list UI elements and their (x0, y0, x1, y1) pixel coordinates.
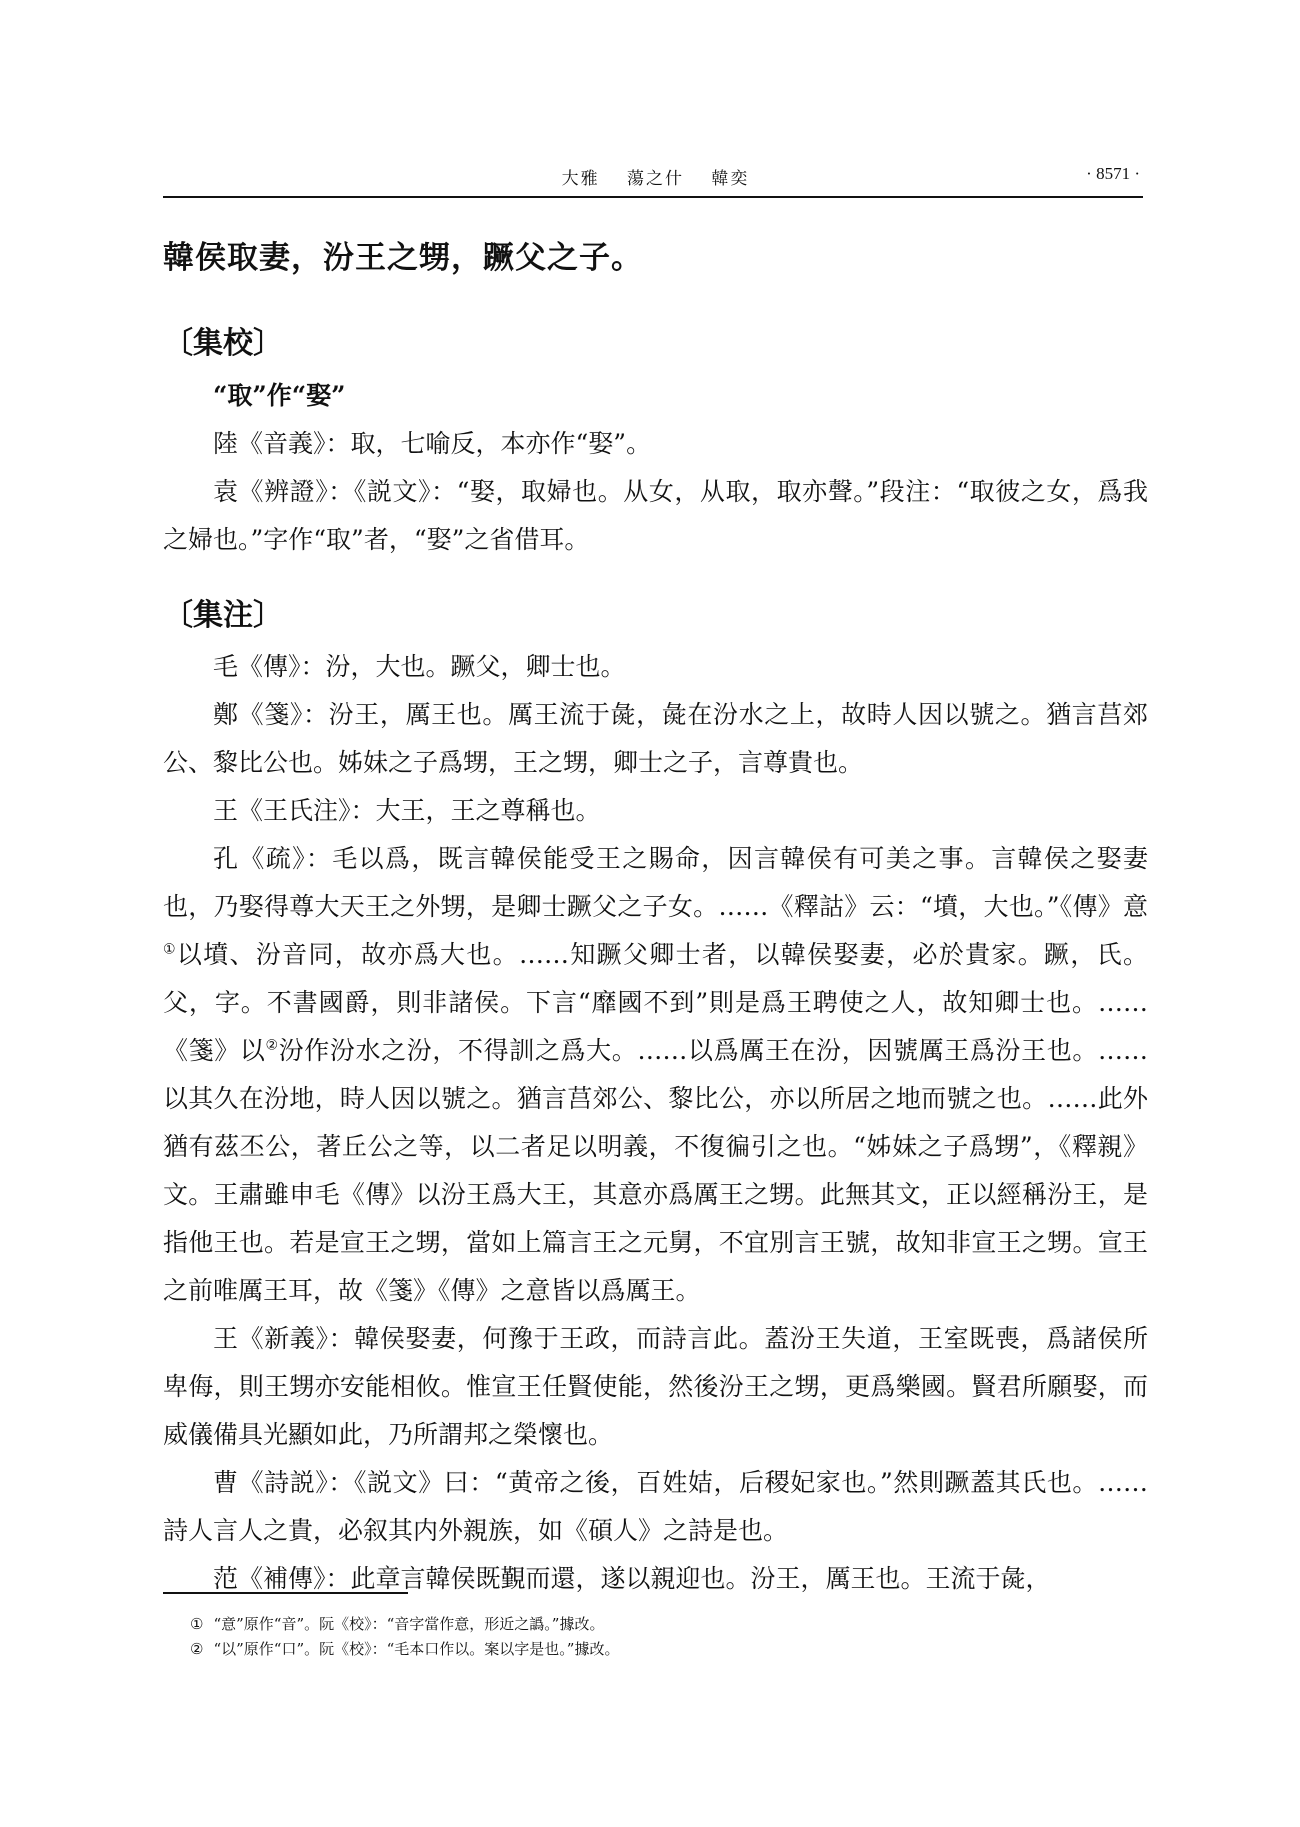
footnote-ref-1[interactable]: ① (163, 942, 177, 958)
running-title-part: 大雅 (562, 169, 600, 189)
footnote-2: ②“以”原作“口”。阮《校》：“毛本口作以。案以字是也。”據改。 (190, 1637, 619, 1662)
paragraph: 王《新義》：韓侯娶妻，何豫于王政，而詩言此。蓋汾王失道，王室既喪，爲諸侯所卑侮，… (163, 1315, 1148, 1459)
verse-line: 韓侯取妻，汾王之甥，蹶父之子。 (163, 232, 643, 277)
running-header: 大雅 蕩之什 韓奕 · 8571 · (163, 160, 1148, 190)
jizhu-body: 毛《傳》：汾，大也。蹶父，卿士也。 鄭《箋》：汾王，厲王也。厲王流于彘，彘在汾水… (163, 643, 1148, 1603)
paragraph: 鄭《箋》：汾王，厲王也。厲王流于彘，彘在汾水之上，故時人因以號之。猶言莒郊公、黎… (163, 691, 1148, 787)
text-segment: 汾作汾水之汾，不得訓之爲大。……以爲厲王在汾，因號厲王爲汾王也。……以其久在汾地… (163, 1036, 1148, 1305)
footnotes: ①“意”原作“音”。阮《校》：“音字當作意，形近之譌。”據改。 ②“以”原作“口… (190, 1612, 619, 1662)
paragraph: 毛《傳》：汾，大也。蹶父，卿士也。 (163, 643, 1148, 691)
footnote-text: “以”原作“口”。阮《校》：“毛本口作以。案以字是也。”據改。 (213, 1640, 619, 1658)
text-segment: 孔《疏》：毛以爲，既言韓侯能受王之賜命，因言韓侯有可美之事。言韓侯之娶妻也，乃娶… (163, 844, 1148, 921)
footnote-ref-2[interactable]: ② (266, 1038, 279, 1054)
page-number: · 8571 · (1086, 164, 1140, 184)
paragraph-kong-shu: 孔《疏》：毛以爲，既言韓侯能受王之賜命，因言韓侯有可美之事。言韓侯之娶妻也，乃娶… (163, 835, 1148, 1315)
running-title-part: 蕩之什 (627, 169, 684, 189)
footnote-rule (163, 1592, 408, 1594)
paragraph: 曹《詩説》：《説文》曰：“黄帝之後，百𪔵姓姞，后稷妃家也。”然則蹶蓋其氏也。……… (163, 1459, 1148, 1555)
section-heading-jizhu: 〔集注〕 (163, 590, 283, 634)
footnote-text: “意”原作“音”。阮《校》：“音字當作意，形近之譌。”據改。 (213, 1615, 604, 1633)
variant-subheading: “取”作“娶” (163, 372, 1148, 420)
footnote-1: ①“意”原作“音”。阮《校》：“音字當作意，形近之譌。”據改。 (190, 1612, 619, 1637)
book-page: 大雅 蕩之什 韓奕 · 8571 · 韓侯取妻，汾王之甥，蹶父之子。 〔集校〕 … (0, 0, 1300, 1827)
footnote-mark: ① (190, 1615, 203, 1633)
paragraph: 袁《辨證》：《説文》：“娶，取婦也。从女，从取，取亦聲。”段注：“取彼之女，爲我… (163, 468, 1148, 564)
footnote-mark: ② (190, 1640, 203, 1658)
paragraph: 范《補傳》：此章言韓侯既覲而還，遂以親迎也。汾王，厲王也。王流于彘， (163, 1555, 1148, 1603)
paragraph: 陸《音義》：取，七喻反，本亦作“娶”。 (163, 420, 1148, 468)
section-heading-jijiao: 〔集校〕 (163, 318, 283, 362)
paragraph: 王《王氏注》：大王，王之尊稱也。 (163, 787, 1148, 835)
running-title-part: 韓奕 (711, 169, 749, 189)
jijiao-body: “取”作“娶” 陸《音義》：取，七喻反，本亦作“娶”。 袁《辨證》：《説文》：“… (163, 372, 1148, 564)
running-title: 大雅 蕩之什 韓奕 (163, 164, 1148, 189)
header-rule (163, 196, 1143, 198)
